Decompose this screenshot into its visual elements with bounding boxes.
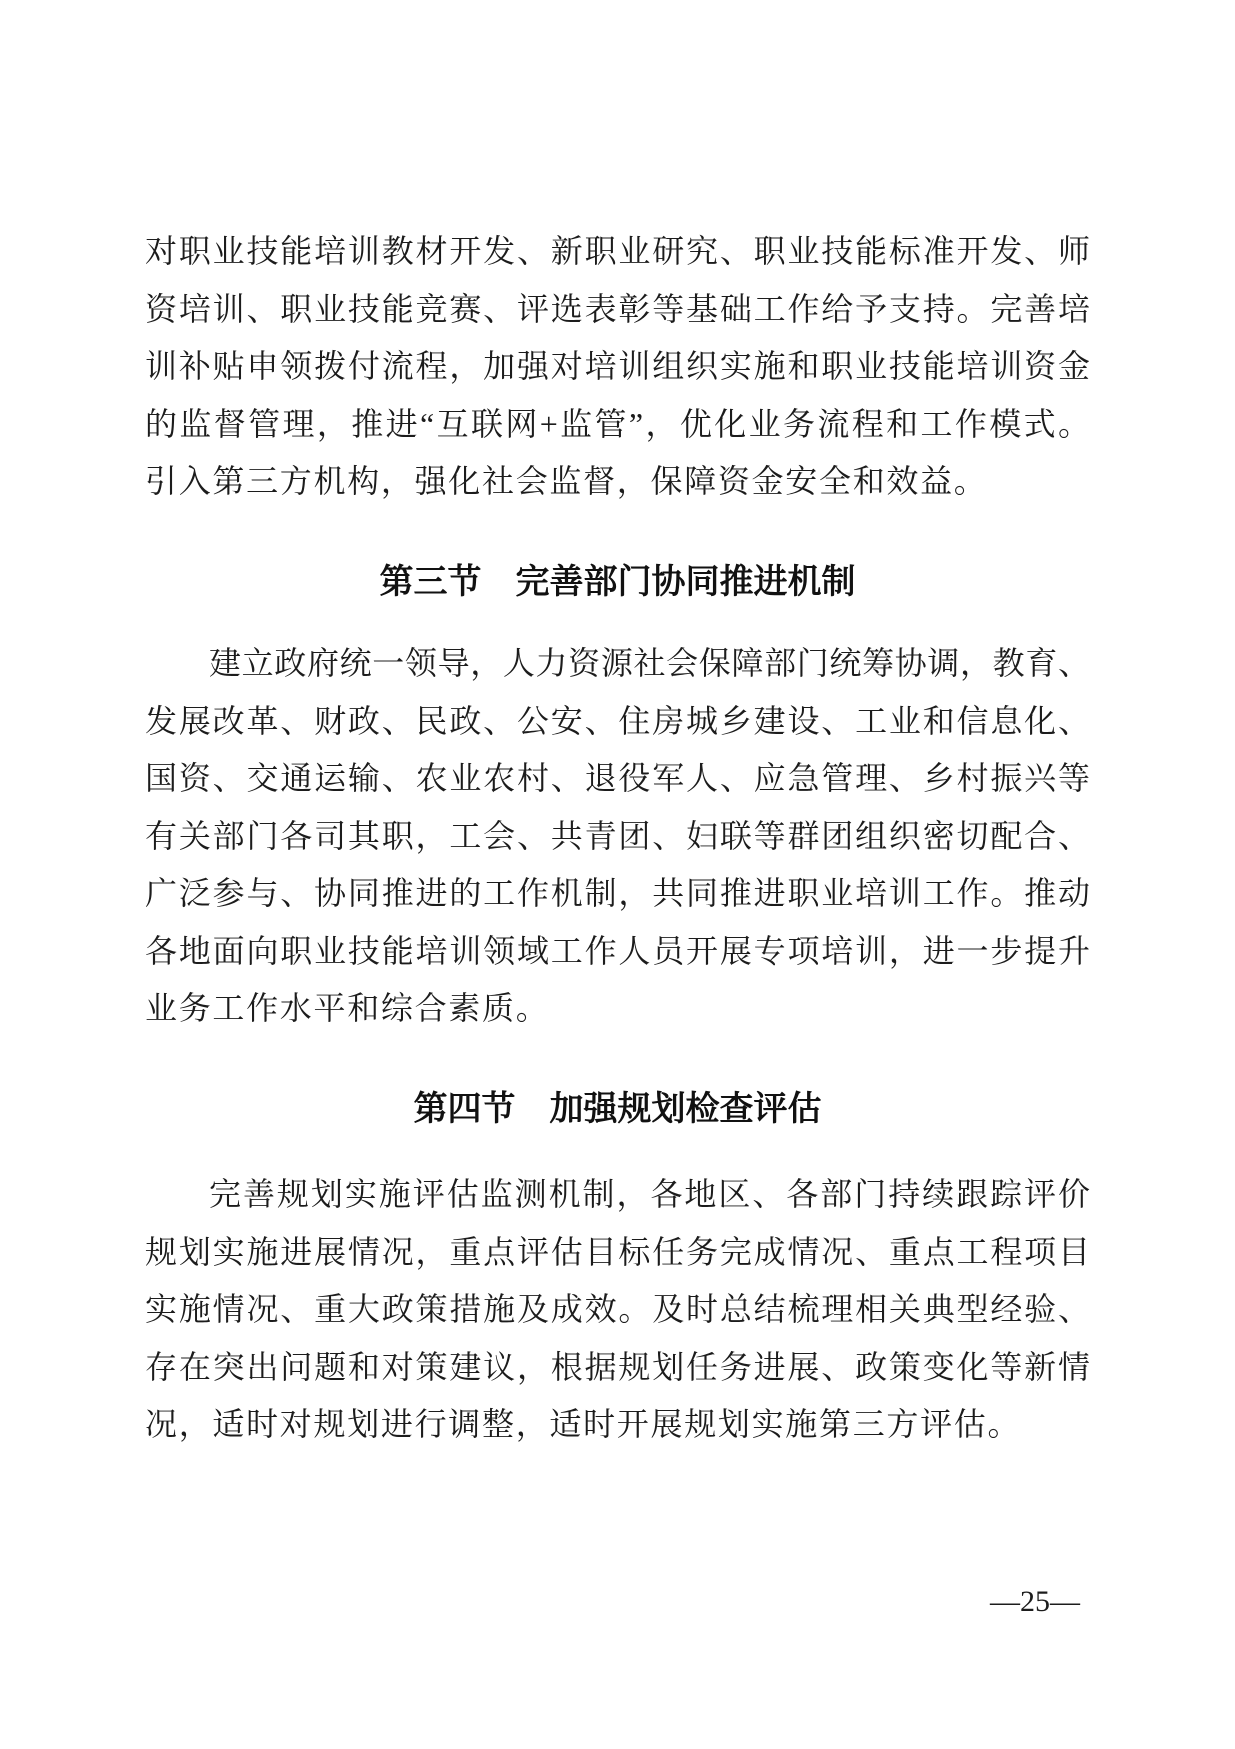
body-line: 发展改革、财政、民政、公安、住房城乡建设、工业和信息化、	[145, 693, 1090, 751]
body-line: 各地面向职业技能培训领域工作人员开展专项培训，进一步提升	[145, 923, 1090, 981]
section-number: 第四节	[414, 1090, 516, 1128]
body-line: 有关部门各司其职，工会、共青团、妇联等群团组织密切配合、	[145, 808, 1090, 866]
document-page: 对职业技能培训教材开发、新职业研究、职业技能标准开发、师 资培训、职业技能竞赛、…	[0, 0, 1235, 1749]
body-line: 实施情况、重大政策措施及成效。及时总结梳理相关典型经验、	[145, 1281, 1090, 1339]
section-title: 加强规划检查评估	[550, 1090, 822, 1128]
body-line: 建立政府统一领导，人力资源社会保障部门统筹协调，教育、	[145, 635, 1090, 693]
page-footer: —25—	[145, 1584, 1090, 1620]
body-line: 完善规划实施评估监测机制，各地区、各部门持续跟踪评价	[145, 1166, 1090, 1224]
page-number: —25—	[990, 1585, 1080, 1618]
body-line: 业务工作水平和综合素质。	[145, 980, 1090, 1038]
paragraph-section-4: 完善规划实施评估监测机制，各地区、各部门持续跟踪评价 规划实施进展情况，重点评估…	[145, 1166, 1090, 1454]
section-heading-3: 第三节完善部门协同推进机制	[145, 554, 1090, 612]
body-line: 训补贴申领拨付流程，加强对培训组织实施和职业技能培训资金	[145, 338, 1090, 396]
body-line: 况，适时对规划进行调整，适时开展规划实施第三方评估。	[145, 1396, 1090, 1454]
body-line: 广泛参与、协同推进的工作机制，共同推进职业培训工作。推动	[145, 865, 1090, 923]
section-number: 第三节	[380, 563, 482, 601]
paragraph-continuation: 对职业技能培训教材开发、新职业研究、职业技能标准开发、师 资培训、职业技能竞赛、…	[145, 223, 1090, 511]
section-title: 完善部门协同推进机制	[516, 563, 856, 601]
body-line: 国资、交通运输、农业农村、退役军人、应急管理、乡村振兴等	[145, 750, 1090, 808]
body-line: 引入第三方机构，强化社会监督，保障资金安全和效益。	[145, 453, 1090, 511]
body-line: 对职业技能培训教材开发、新职业研究、职业技能标准开发、师	[145, 223, 1090, 281]
paragraph-section-3: 建立政府统一领导，人力资源社会保障部门统筹协调，教育、 发展改革、财政、民政、公…	[145, 635, 1090, 1038]
text-block: 对职业技能培训教材开发、新职业研究、职业技能标准开发、师 资培训、职业技能竞赛、…	[145, 0, 1090, 1620]
section-heading-4: 第四节加强规划检查评估	[145, 1081, 1090, 1139]
body-line: 资培训、职业技能竞赛、评选表彰等基础工作给予支持。完善培	[145, 281, 1090, 339]
body-line: 的监督管理，推进“互联网+监管”，优化业务流程和工作模式。	[145, 396, 1090, 454]
body-line: 存在突出问题和对策建议，根据规划任务进展、政策变化等新情	[145, 1339, 1090, 1397]
body-line: 规划实施进展情况，重点评估目标任务完成情况、重点工程项目	[145, 1224, 1090, 1282]
